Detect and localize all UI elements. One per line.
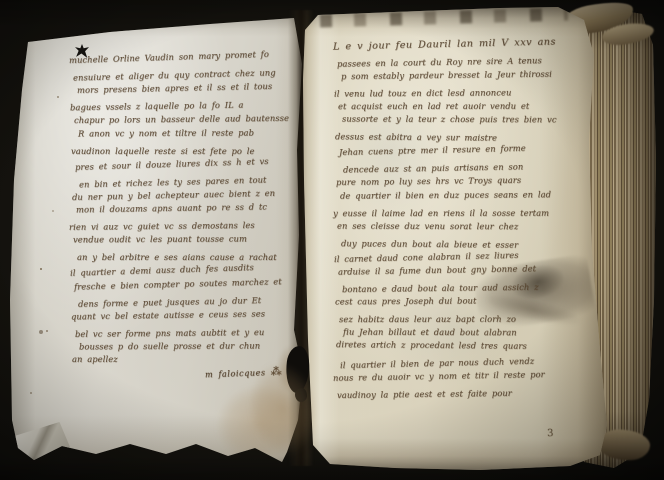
right-page: 3 L e v jour feu Dauril lan mil V xxv an… [298, 4, 616, 476]
text-line: bontano e daud bout ala tour aud assich … [342, 282, 539, 294]
text-line: en ses cleisse duz venu sorat leur chez [337, 220, 518, 231]
text-line: bousses p do suelle prosse et dur chun [79, 340, 260, 351]
text-line: vendue oudit vc les puant tousse cum [73, 234, 247, 245]
text-line: y eusse il laime lad en riens il la soss… [333, 207, 549, 217]
text-line: an apellez [72, 354, 118, 364]
text-line: an y bel arbitre e ses aians cause a rac… [77, 252, 277, 262]
text-line: de quartier il bien en duz puces seans e… [340, 189, 551, 200]
text-line: diretes artich z procedant lesd tres qua… [336, 339, 527, 351]
folio-number: 3 [547, 428, 554, 439]
text-line: duy puces dun bout ala bieue et esser [341, 238, 518, 250]
text-line: et acquist euch en lad ret auoir vendu e… [338, 101, 529, 111]
margin-specks [40, 268, 42, 270]
text-line: rien vi auz vc guiet vc ss demostans les [69, 220, 255, 232]
text-line: il venu lud touz en dict lesd annonceu [334, 88, 511, 99]
text-line: sussorte et y la teur z chose puis tres … [342, 114, 557, 125]
text-line: vaudinon laquelle reste si est fete po l… [71, 146, 254, 156]
text-line: dessus est abitra a vey sur maistre [335, 132, 497, 143]
text-line: R anon vc y nom et tiltre il reste pab [78, 127, 254, 138]
text-line: sez habitz daus leur auz bapt clorh zo [339, 314, 516, 324]
text-line: fiu Jehan billaut et daud bout alabran [343, 327, 517, 338]
manuscript-photo: m faloicques muchelle Orline Vaudin son … [0, 0, 664, 480]
text-line: bel vc ser forme pns mats aubtit et y eu [75, 327, 264, 339]
text-line: cest caus pres Joseph dui bout [335, 295, 476, 306]
